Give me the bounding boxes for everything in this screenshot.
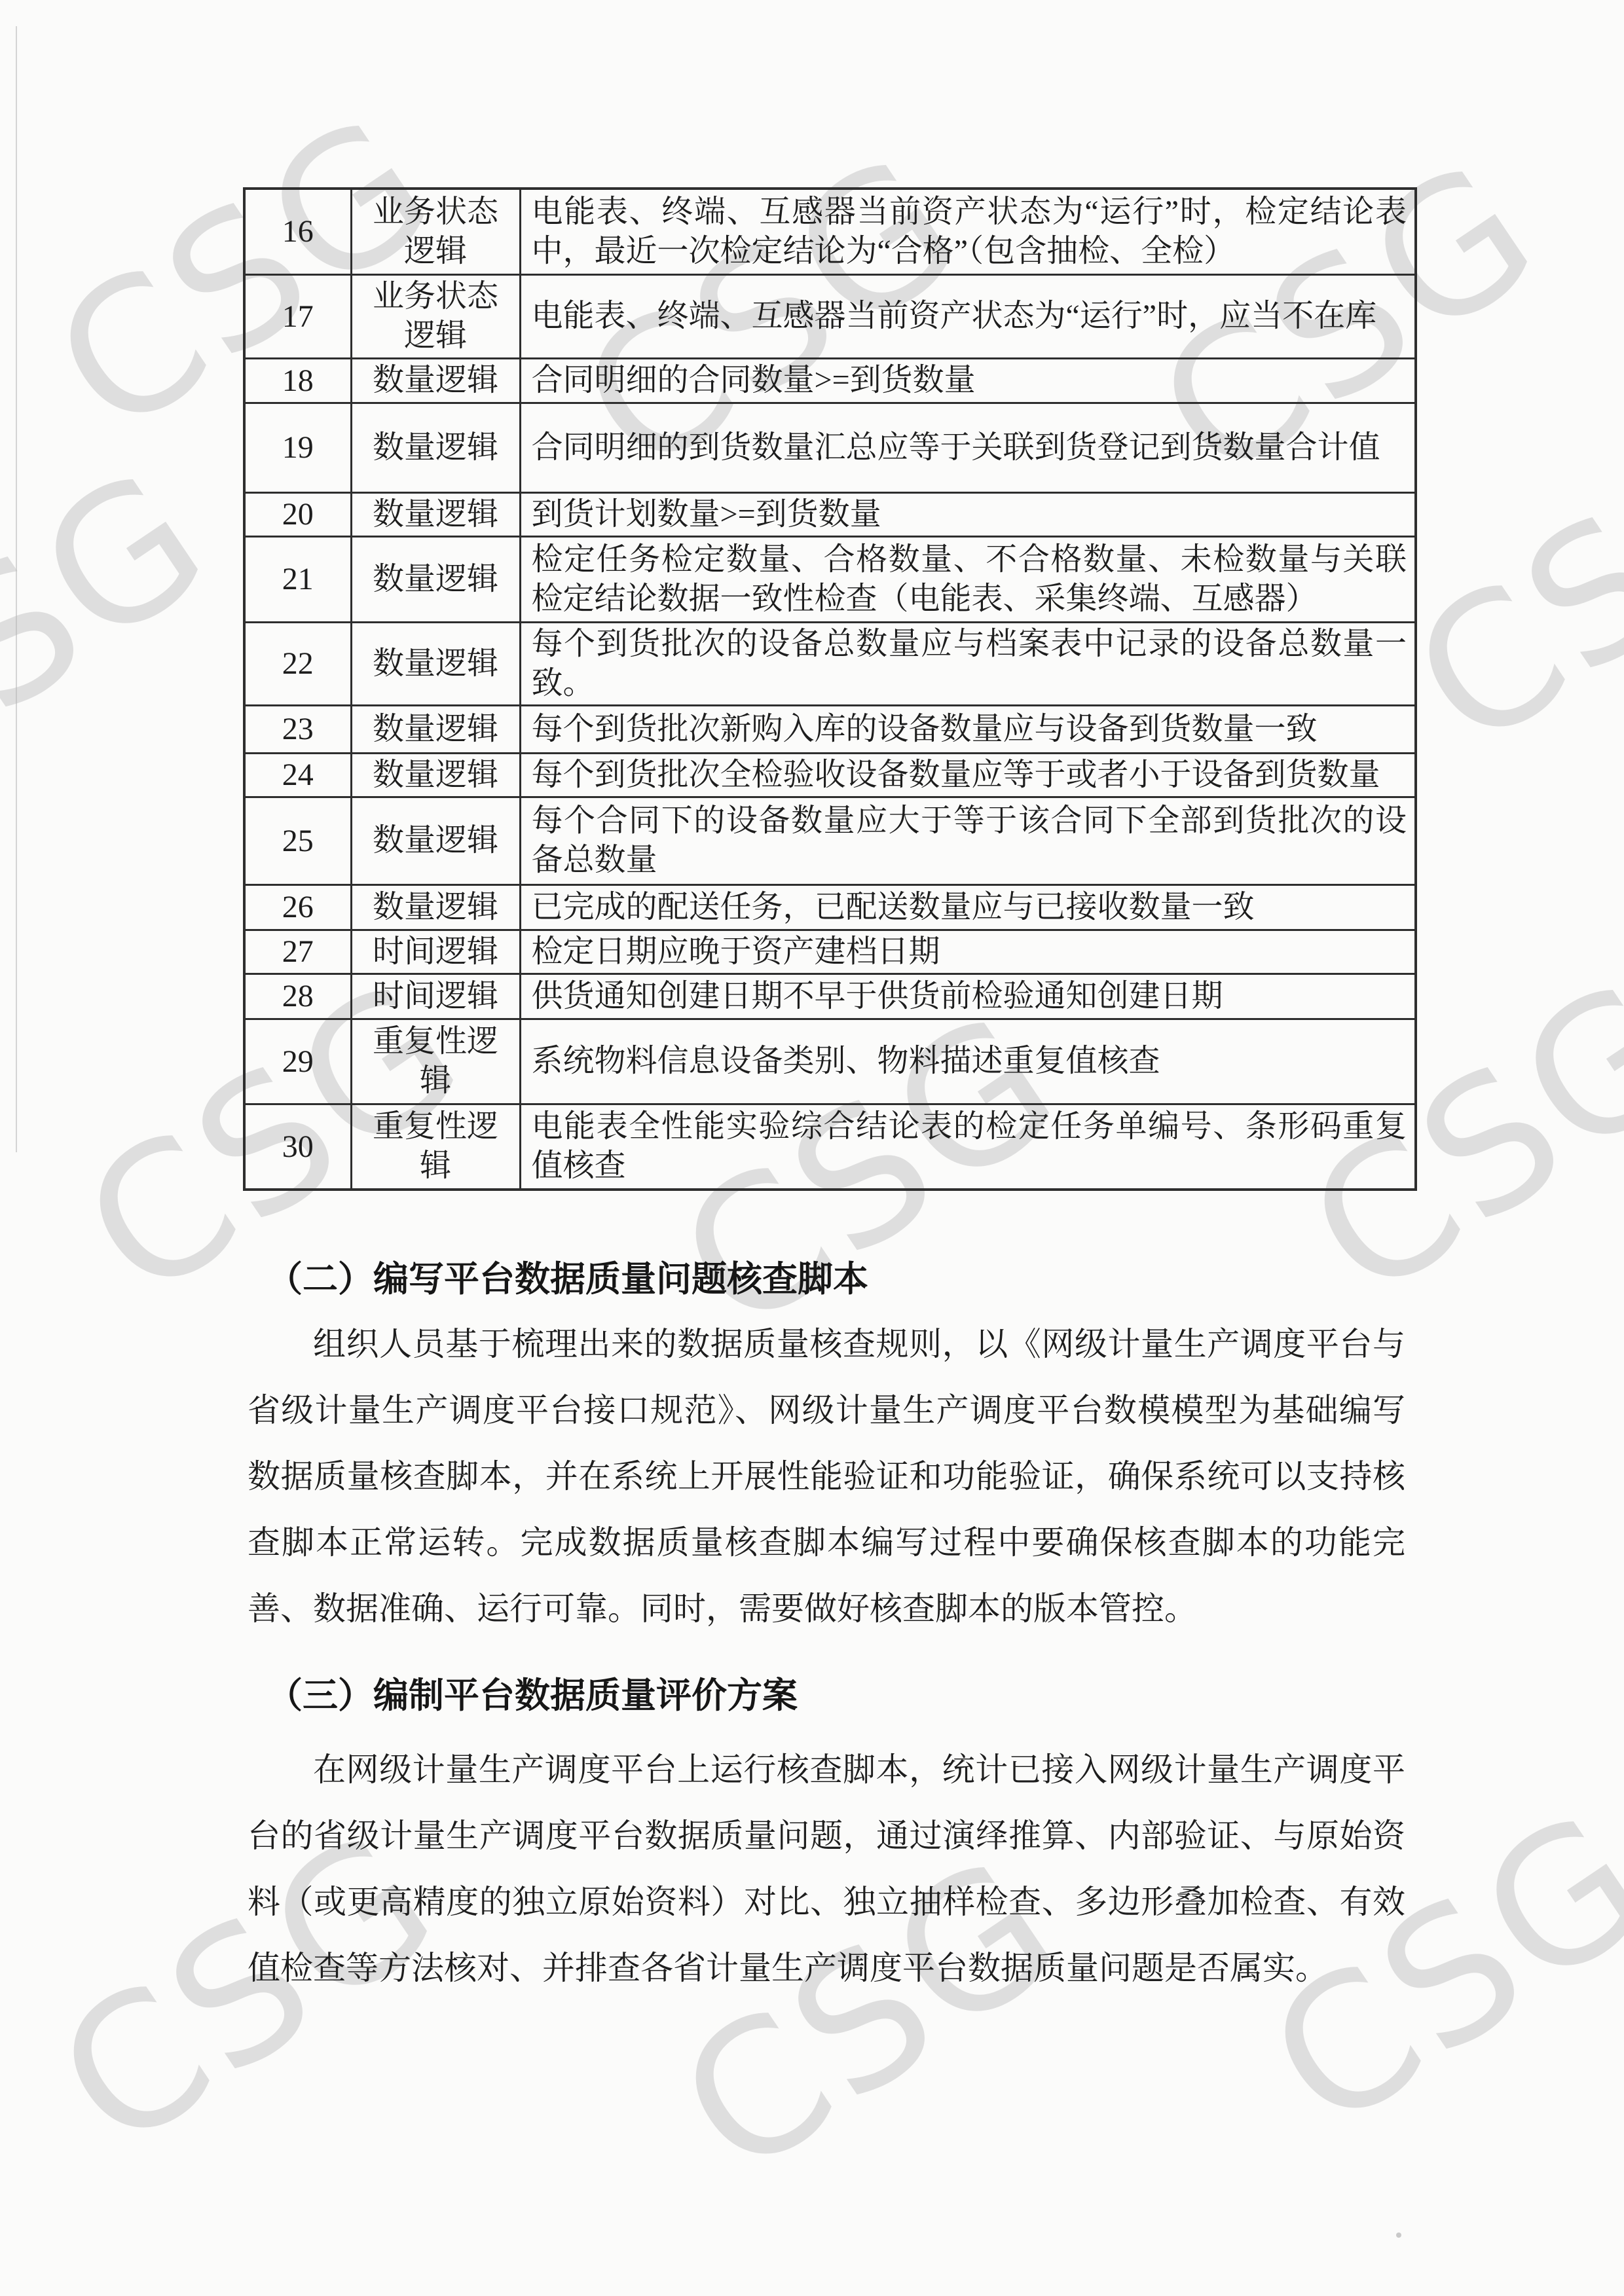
row-category-cell: 数量逻辑: [351, 705, 520, 753]
row-description-cell: 每个到货批次全检验收设备数量应等于或者小于设备到货数量: [520, 753, 1416, 797]
row-category-cell: 数量逻辑: [351, 884, 520, 930]
row-description-cell: 每个到货批次的设备总数量应与档案表中记录的设备总数量一致。: [520, 622, 1416, 705]
row-category-cell: 数量逻辑: [351, 622, 520, 705]
row-number-cell: 24: [244, 753, 351, 797]
table-row: 18 数量逻辑 合同明细的合同数量>=到货数量: [244, 358, 1416, 403]
row-number-cell: 20: [244, 492, 351, 536]
section-heading-3: （三）编制平台数据质量评价方案: [267, 1675, 1420, 1717]
row-description-cell: 到货计划数量>=到货数量: [520, 492, 1416, 536]
row-description-cell: 电能表、终端、互感器当前资产状态为“运行”时，应当不在库: [520, 274, 1416, 358]
row-description-cell: 检定任务检定数量、合格数量、不合格数量、未检数量与关联检定结论数据一致性检查（电…: [520, 536, 1416, 622]
row-category-cell: 数量逻辑: [351, 753, 520, 797]
row-number-cell: 19: [244, 403, 351, 492]
table-row: 26 数量逻辑 已完成的配送任务，已配送数量应与已接收数量一致: [244, 884, 1416, 930]
row-category-cell: 数量逻辑: [351, 403, 520, 492]
row-number-cell: 21: [244, 536, 351, 622]
row-category-cell: 重复性逻辑: [351, 1104, 520, 1190]
row-category-cell: 数量逻辑: [351, 797, 520, 884]
table-row: 16 业务状态逻辑 电能表、终端、互感器当前资产状态为“运行”时，检定结论表中，…: [244, 189, 1416, 274]
row-category-cell: 业务状态逻辑: [351, 189, 520, 274]
row-number-cell: 25: [244, 797, 351, 884]
row-category-cell: 数量逻辑: [351, 536, 520, 622]
table-row: 29 重复性逻辑 系统物料信息设备类别、物料描述重复值核查: [244, 1019, 1416, 1104]
table-row: 22 数量逻辑 每个到货批次的设备总数量应与档案表中记录的设备总数量一致。: [244, 622, 1416, 705]
row-description-cell: 合同明细的到货数量汇总应等于关联到货登记到货数量合计值: [520, 403, 1416, 492]
row-number-cell: 22: [244, 622, 351, 705]
scan-speck: [1396, 2232, 1401, 2238]
quality-check-rules-table: 16 业务状态逻辑 电能表、终端、互感器当前资产状态为“运行”时，检定结论表中，…: [243, 187, 1417, 1191]
row-number-cell: 23: [244, 705, 351, 753]
row-category-cell: 重复性逻辑: [351, 1019, 520, 1104]
row-description-cell: 供货通知创建日期不早于供货前检验通知创建日期: [520, 974, 1416, 1019]
row-description-cell: 每个到货批次新购入库的设备数量应与设备到货数量一致: [520, 705, 1416, 753]
table-row: 30 重复性逻辑 电能表全性能实验综合结论表的检定任务单编号、条形码重复值核查: [244, 1104, 1416, 1190]
row-number-cell: 17: [244, 274, 351, 358]
scan-edge-line: [16, 26, 17, 1152]
table-row: 23 数量逻辑 每个到货批次新购入库的设备数量应与设备到货数量一致: [244, 705, 1416, 753]
row-number-cell: 16: [244, 189, 351, 274]
table-row: 24 数量逻辑 每个到货批次全检验收设备数量应等于或者小于设备到货数量: [244, 753, 1416, 797]
section-heading-2: （二）编写平台数据质量问题核查脚本: [267, 1258, 1420, 1300]
table-row: 19 数量逻辑 合同明细的到货数量汇总应等于关联到货登记到货数量合计值: [244, 403, 1416, 492]
row-description-cell: 每个合同下的设备数量应大于等于该合同下全部到货批次的设备总数量: [520, 797, 1416, 884]
row-category-cell: 时间逻辑: [351, 974, 520, 1019]
section-paragraph-2: 组织人员基于梳理出来的数据质量核查规则，以《网级计量生产调度平台与省级计量生产调…: [248, 1311, 1405, 1642]
table-row: 21 数量逻辑 检定任务检定数量、合格数量、不合格数量、未检数量与关联检定结论数…: [244, 536, 1416, 622]
table-row: 27 时间逻辑 检定日期应晚于资产建档日期: [244, 930, 1416, 974]
row-category-cell: 业务状态逻辑: [351, 274, 520, 358]
row-number-cell: 29: [244, 1019, 351, 1104]
row-description-cell: 已完成的配送任务，已配送数量应与已接收数量一致: [520, 884, 1416, 930]
table-row: 28 时间逻辑 供货通知创建日期不早于供货前检验通知创建日期: [244, 974, 1416, 1019]
row-number-cell: 27: [244, 930, 351, 974]
row-category-cell: 数量逻辑: [351, 492, 520, 536]
csg-watermark: CSG: [0, 428, 246, 829]
row-category-cell: 时间逻辑: [351, 930, 520, 974]
row-description-cell: 系统物料信息设备类别、物料描述重复值核查: [520, 1019, 1416, 1104]
row-number-cell: 28: [244, 974, 351, 1019]
row-number-cell: 18: [244, 358, 351, 403]
row-description-cell: 电能表全性能实验综合结论表的检定任务单编号、条形码重复值核查: [520, 1104, 1416, 1190]
row-number-cell: 26: [244, 884, 351, 930]
table-row: 17 业务状态逻辑 电能表、终端、互感器当前资产状态为“运行”时，应当不在库: [244, 274, 1416, 358]
row-category-cell: 数量逻辑: [351, 358, 520, 403]
row-description-cell: 合同明细的合同数量>=到货数量: [520, 358, 1416, 403]
table-row: 25 数量逻辑 每个合同下的设备数量应大于等于该合同下全部到货批次的设备总数量: [244, 797, 1416, 884]
table-row: 20 数量逻辑 到货计划数量>=到货数量: [244, 492, 1416, 536]
row-description-cell: 检定日期应晚于资产建档日期: [520, 930, 1416, 974]
row-description-cell: 电能表、终端、互感器当前资产状态为“运行”时，检定结论表中，最近一次检定结论为“…: [520, 189, 1416, 274]
section-paragraph-3: 在网级计量生产调度平台上运行核查脚本，统计已接入网级计量生产调度平台的省级计量生…: [248, 1737, 1405, 2001]
row-number-cell: 30: [244, 1104, 351, 1190]
